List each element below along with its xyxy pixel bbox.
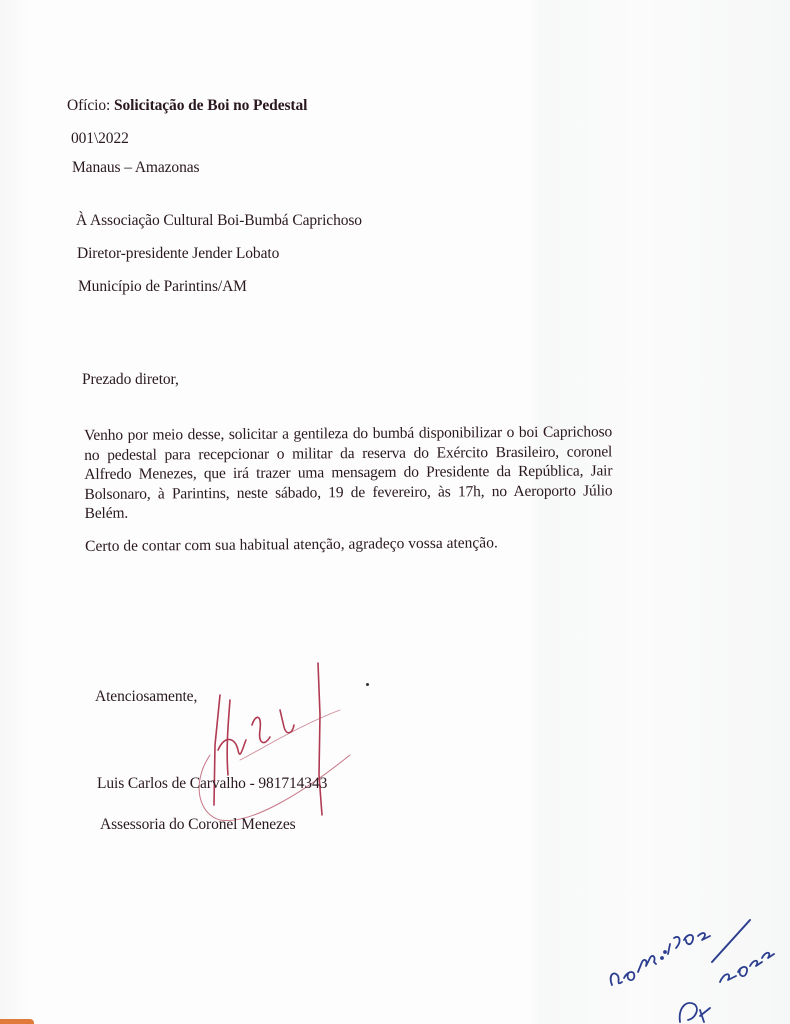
signer-name: Luis Carlos de Carvalho - 981714343	[97, 775, 327, 793]
body-paragraph: Venho por meio desse, solicitar a gentil…	[84, 422, 613, 524]
document-title: Ofício: Solicitação de Boi no Pedestal	[67, 97, 307, 115]
scanned-letter-page: Ofício: Solicitação de Boi no Pedestal 0…	[0, 0, 790, 1024]
recipient-person: Diretor-presidente Jender Lobato	[77, 245, 279, 263]
title-subject: Solicitação de Boi no Pedestal	[114, 97, 307, 114]
title-label: Ofício:	[67, 97, 110, 114]
salutation: Prezado diretor,	[82, 371, 179, 389]
recipient-organization: À Associação Cultural Boi-Bumbá Capricho…	[76, 212, 362, 230]
scan-edge-mark	[0, 1019, 34, 1024]
document-number: 001\2022	[71, 130, 129, 148]
signer-role: Assessoria do Coronel Menezes	[100, 816, 296, 834]
recipient-municipality: Município de Parintins/AM	[78, 278, 247, 296]
regards: Atenciosamente,	[95, 688, 197, 706]
closing-paragraph: Certo de contar com sua habitual atenção…	[85, 534, 498, 556]
ink-dot	[366, 683, 369, 686]
handwritten-receipt-note-icon	[600, 900, 790, 1024]
document-location: Manaus – Amazonas	[72, 159, 199, 177]
